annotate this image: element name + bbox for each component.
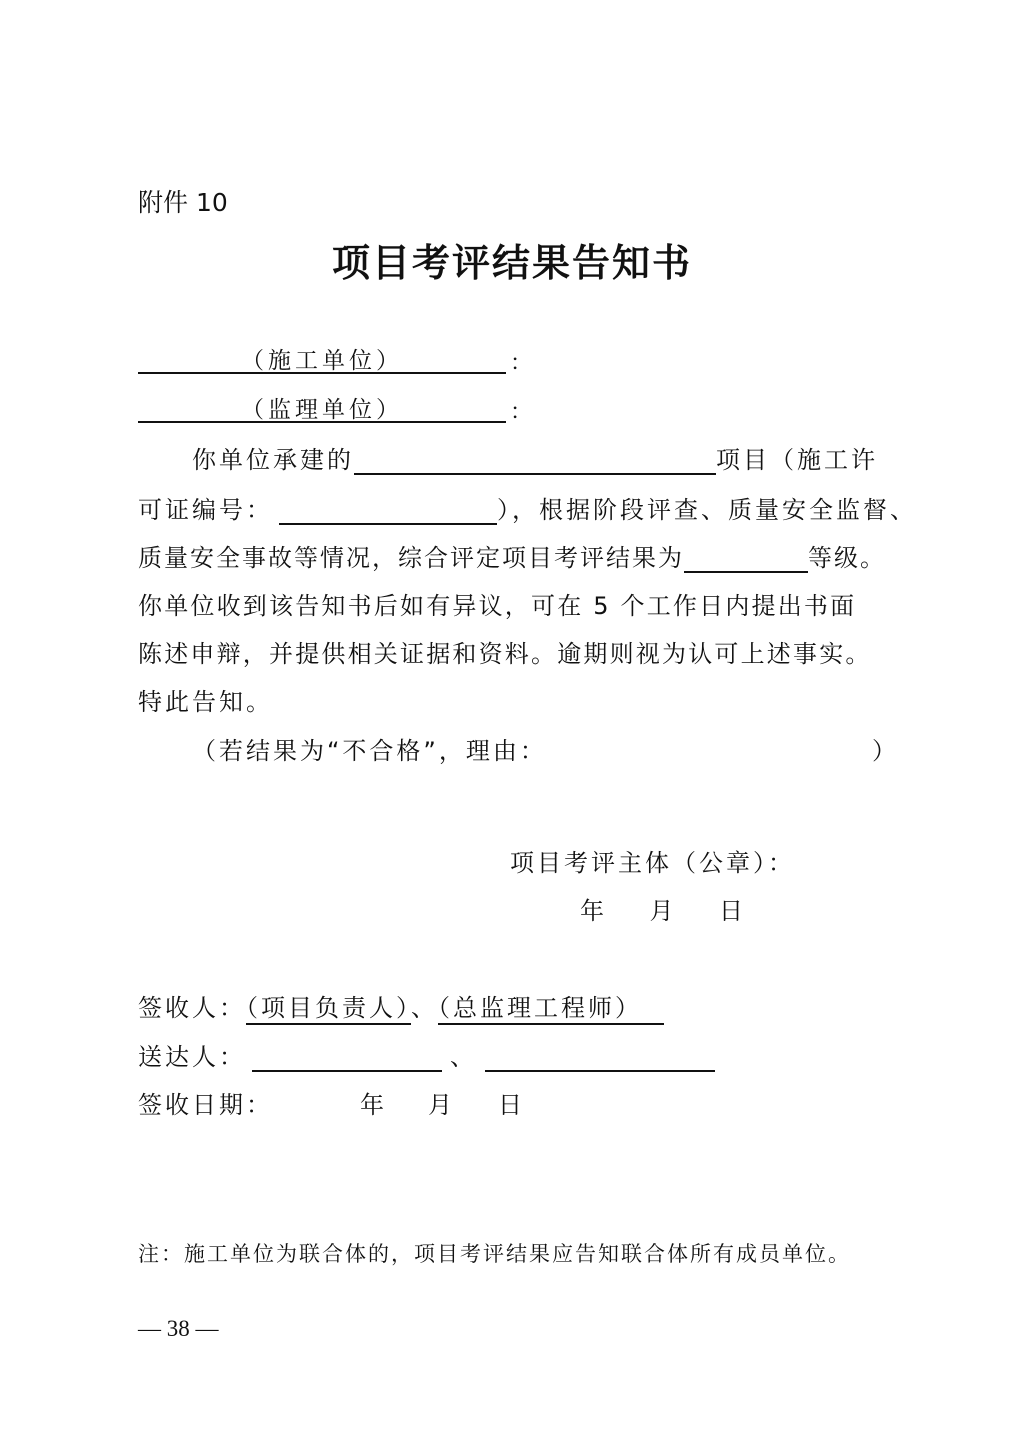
body-line-4: 你单位收到该告知书后如有异议，可在 5 个工作日内提出书面 (138, 586, 856, 621)
issuer-seal-label: 项目考评主体（公章）： (510, 843, 795, 878)
body-text: 项目（施工许 (716, 446, 878, 474)
attachment-label: 附件 10 (138, 183, 228, 219)
signer-label: 签收人： (138, 994, 246, 1022)
signer-field-1[interactable]: （项目负责人） (246, 994, 411, 1025)
deliverer-field-1[interactable] (252, 1042, 442, 1072)
receipt-date-label: 签收日期： (138, 1085, 273, 1120)
signer-row: 签收人：（项目负责人）、（总监理工程师） (138, 988, 664, 1023)
signer-field-2[interactable]: （总监理工程师） (438, 994, 664, 1025)
body-line-5: 陈述申辩，并提供相关证据和资料。逾期则视为认可上述事实。 (138, 634, 872, 669)
grade-field[interactable] (684, 543, 808, 573)
body-text: 等级。 (808, 544, 886, 572)
supervision-unit-field[interactable]: （监理单位） (138, 391, 506, 423)
body-text: 你单位承建的 (192, 446, 354, 474)
body-line-1: 你单位承建的项目（施工许 (192, 440, 878, 475)
reason-prefix: （若结果为“不合格”，理由： (192, 731, 547, 766)
footnote: 注：施工单位为联合体的，项目考评结果应告知联合体所有成员单位。 (138, 1238, 851, 1268)
permit-number-field[interactable] (279, 495, 497, 525)
construction-unit-label: （施工单位） (241, 348, 403, 374)
issue-date: 年 月 日 (580, 891, 746, 926)
page-number: — 38 — (138, 1316, 219, 1342)
body-text: ），根据阶段评查、质量安全监督、 (497, 496, 917, 524)
deliverer-field-2[interactable] (485, 1042, 715, 1072)
colon: ： (510, 346, 532, 377)
body-line-3: 质量安全事故等情况，综合评定项目考评结果为等级。 (138, 538, 886, 573)
construction-unit-field[interactable]: （施工单位） (138, 342, 506, 374)
deliverer-row: 送达人：、 (138, 1037, 715, 1072)
document-title: 项目考评结果告知书 (0, 232, 1024, 287)
body-text: 质量安全事故等情况，综合评定项目考评结果为 (138, 544, 684, 572)
reason-suffix: ） (872, 731, 899, 766)
body-line-2: 可证编号：），根据阶段评查、质量安全监督、 (138, 490, 917, 525)
colon: ： (510, 395, 532, 426)
project-name-field[interactable] (354, 445, 716, 475)
separator: 、 (411, 994, 438, 1022)
supervision-unit-label: （监理单位） (241, 397, 403, 423)
body-text: 可证编号： (138, 496, 273, 524)
deliverer-label: 送达人： (138, 1043, 246, 1071)
receipt-date-year: 年 (360, 1085, 387, 1120)
receipt-date-day: 日 (498, 1085, 525, 1120)
body-line-6: 特此告知。 (138, 682, 273, 717)
separator: 、 (450, 1043, 477, 1071)
receipt-date-month: 月 (428, 1085, 455, 1120)
